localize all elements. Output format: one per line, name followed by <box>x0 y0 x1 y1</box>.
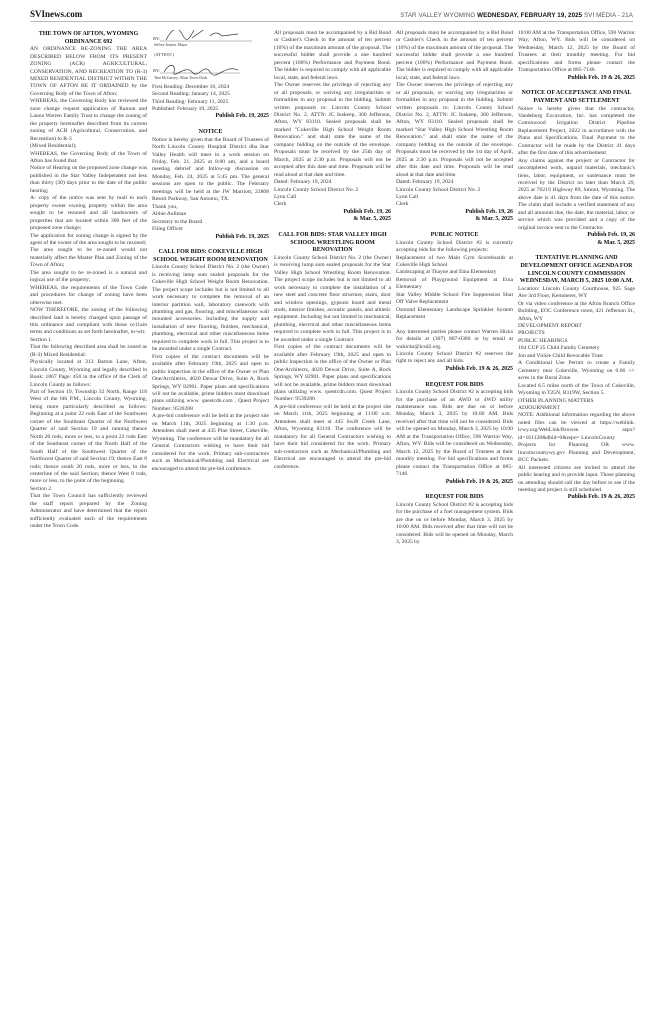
clerk-caption: Tina McGarvey, Afton Town Clerk <box>154 75 207 82</box>
folio-date: WEDNESDAY, FEBRUARY 19, 2025 <box>477 12 582 19</box>
public-notice-title: PUBLIC NOTICE <box>396 232 513 240</box>
publish-date: Publish Feb. 19, 26 <box>274 209 391 217</box>
clerk-signature-icon: BY: <box>152 60 269 76</box>
website-note[interactable]: Projects for Planning OR www. lincolncou… <box>518 442 635 464</box>
folio-page: SVI MEDIA - 21A <box>584 12 633 19</box>
paragraph: Dated: February 19, 2024 <box>396 179 513 186</box>
project-item: Landscaping at Thayne and Etna Elementar… <box>396 269 513 276</box>
weblink-note[interactable]: NOTE: Additional information regarding t… <box>518 412 635 442</box>
paragraph: Lincoln County School District #2 is acc… <box>396 502 513 547</box>
agenda-item: OTHER PLANNING MATTERS <box>518 398 635 405</box>
paragraph: A pre-bid conference will be held at the… <box>152 413 269 473</box>
rfb-fuel-title: REQUEST FOR BIDS <box>396 494 513 502</box>
publish-date: Publish Feb. 19 & 26, 2025 <box>518 75 635 83</box>
paragraph: Part of Section 19, Township 32 North, R… <box>30 389 147 486</box>
paragraph: Secretary to the Board <box>152 219 269 226</box>
attest-label: (ATTEST:) <box>154 51 174 58</box>
project-item: Osmond Elementary Landscape Sprinkler Sy… <box>396 307 513 322</box>
project-item: Replacement of two Main Gym Scoreboards … <box>396 255 513 270</box>
paragraph: First copies of the contract documents w… <box>152 354 269 414</box>
paragraph: Lincoln County School District No. 2 (th… <box>152 264 269 353</box>
svg-text:BY:: BY: <box>153 36 160 41</box>
agenda-item: PROJECTS <box>518 330 635 337</box>
star-valley-bid-title: CALL FOR BIDS: STAR VALLEY HIGH SCHOOL W… <box>274 232 391 255</box>
paragraph: Lynn Call <box>396 194 513 201</box>
paragraph: Lincoln County School District #2 is cur… <box>396 240 513 255</box>
paragraph: First copies of the contract documents w… <box>274 344 391 404</box>
cokeville-bid-title: CALL FOR BIDS: COKEVILLE HIGH SCHOOL WEI… <box>152 249 269 264</box>
page-header: SVInews.com STAR VALLEY WYOMING WEDNESDA… <box>30 6 633 22</box>
publish-date: Publish Feb. 19 & 26, 2025 <box>396 366 513 374</box>
folio-prefix: STAR VALLEY WYOMING <box>400 12 475 19</box>
paragraph: The area sought to be re-zoned is a natu… <box>30 270 147 285</box>
svg-text:BY:: BY: <box>153 68 160 73</box>
paragraph: AN ORDINANCE RE-ZONING THE AREA DESCRIBE… <box>30 46 147 98</box>
reading-date: Third Reading: February 11, 2025 <box>152 99 269 106</box>
column-4: All proposals must be accompanied by a B… <box>396 30 513 1015</box>
paragraph: WHEREAS, the Governing Body has reviewed… <box>30 98 147 143</box>
paragraph: Notice is hereby given that the Board of… <box>152 137 269 204</box>
paragraph: The application for zoning change is sig… <box>30 233 147 248</box>
paragraph: Lincoln County School District No. 2 <box>274 187 391 194</box>
paragraph: Notice is hereby given that the contract… <box>518 106 635 158</box>
column-1: THE TOWN OF AFTON, WYOMING ORDINANCE 692… <box>30 30 147 1015</box>
paragraph: Clerk <box>396 201 513 208</box>
paragraph: Filing Officer <box>152 226 269 233</box>
publish-date: Publish Feb. 19 & 26, 2025 <box>396 479 513 487</box>
site-name[interactable]: SVInews.com <box>30 9 82 19</box>
ordinance-body: AN ORDINANCE RE-ZONING THE AREA DESCRIBE… <box>30 46 147 530</box>
paragraph: The Owner reserves the privilege of reje… <box>396 82 513 179</box>
paragraph: Lincoln County School District No. 2 (th… <box>274 255 391 344</box>
paragraph: Any claims against the project or Contra… <box>518 158 635 233</box>
publish-date: & Mar. 5, 2025 <box>274 216 391 224</box>
notice-title: NOTICE <box>152 129 269 137</box>
mayor-caption: Jeffrey Jensen, Mayor <box>154 42 188 49</box>
publish-date: & Mar. 5, 2025 <box>396 216 513 224</box>
clerk-signature-block: BY: Tina McGarvey, Afton Town Clerk <box>152 60 269 82</box>
reading-date: Published: February 19, 2025 <box>152 106 269 113</box>
paragraph: Dated: February 19, 2024 <box>274 179 391 186</box>
paragraph: WHEREAS, the requirements of the Town Co… <box>30 285 147 307</box>
paragraph: A- copy of the notice was sent by mail t… <box>30 195 147 232</box>
agenda-item: DEVELOPMENT REPORT <box>518 323 635 330</box>
paragraph: Located 6.5 miles north of the Town of C… <box>518 383 635 398</box>
folio-line: STAR VALLEY WYOMING WEDNESDAY, FEBRUARY … <box>400 12 633 19</box>
paragraph: A Conditional Use Permit to create a Fam… <box>518 360 635 382</box>
rfb-van-title: REQUEST FOR BIDS <box>396 382 513 390</box>
agenda-title: TENTATIVE PLANNING AND DEVELOPMENT OFFIC… <box>518 255 635 285</box>
column-3: All proposals must be accompanied by a B… <box>274 30 391 1015</box>
publish-date: Publish Feb. 19, 26 <box>518 232 635 240</box>
publish-date: Publish Feb. 19 & 26, 2025 <box>518 494 635 502</box>
column-2: Section 3. That the Zoning map of the To… <box>152 30 269 1015</box>
paragraph: That the following described area shall … <box>30 344 147 359</box>
paragraph: Physically located at 313 Barton Lane, A… <box>30 359 147 389</box>
paragraph: Jon and Vickie Child Revocable Trust <box>518 353 635 360</box>
paragraph: The Owner reserves the privilege of reje… <box>274 82 391 179</box>
paragraph: Abbie Aullman <box>152 211 269 218</box>
publish-date: Publish Feb. 19, 26 <box>396 209 513 217</box>
paragraph: Location: Lincoln County Courthouse, 925… <box>518 286 635 301</box>
publish-date: Publish Feb. 19, 2025 <box>152 113 269 121</box>
paragraph: (Mixed Residential); <box>30 143 147 150</box>
paragraph: Clerk <box>274 201 391 208</box>
paragraph: The area sought to be re-zoned would not… <box>30 247 147 269</box>
paragraph: Or via video conference at the Afton Bra… <box>518 301 635 323</box>
paragraph: WHEREAS, the Governing Body of the Town … <box>30 151 147 166</box>
publish-date: & Mar. 5, 2025 <box>518 240 635 248</box>
column-5-content: 10:00 AM at the Transportation Office, 5… <box>518 30 635 1015</box>
paragraph: All proposals must be accompanied by a B… <box>274 30 391 82</box>
paragraph: Notice of Hearing on the proposed zone c… <box>30 165 147 195</box>
ordinance-title: THE TOWN OF AFTON, WYOMING ORDINANCE 692 <box>30 31 147 46</box>
rfb-fuel-tail: 10:00 AM at the Transportation Office, 5… <box>518 30 635 75</box>
acceptance-title: NOTICE OF ACCEPTANCE AND FINAL PAYMENT A… <box>518 90 635 105</box>
paragraph: Lincoln County School District No. 2 <box>396 187 513 194</box>
project-item: Star Valley Middle School Fire Suppressi… <box>396 292 513 307</box>
paragraph: Thank you, <box>152 204 269 211</box>
reading-date: Second Reading: January 14, 2025 <box>152 91 269 98</box>
publish-date: Publish Feb. 19, 2025 <box>152 234 269 242</box>
paragraph: Lincoln County School District #2 reserv… <box>396 351 513 366</box>
reading-date: First Reading: December 10, 2024 <box>152 84 269 91</box>
paragraph: Lincoln County School District #2 is acc… <box>396 389 513 478</box>
paragraph: That the Town Council has sufficiently r… <box>30 493 147 530</box>
paragraph: A pre-bid conference will be held at the… <box>274 404 391 471</box>
agenda-item: 104 CUP 25 Child Family Cemetery <box>518 345 635 352</box>
agenda-item: PUBLIC HEARINGS <box>518 338 635 345</box>
paragraph: Any interested parties please contact Wa… <box>396 329 513 351</box>
paragraph: All proposals must be accompanied by a B… <box>396 30 513 82</box>
paragraph: NOW THEREFORE, the zoning of the followi… <box>30 307 147 337</box>
project-item: Removal of Playground Equipment at Etna … <box>396 277 513 292</box>
paragraph: All interested citizens are invited to a… <box>518 465 635 495</box>
paragraph: Lynn Call <box>274 194 391 201</box>
